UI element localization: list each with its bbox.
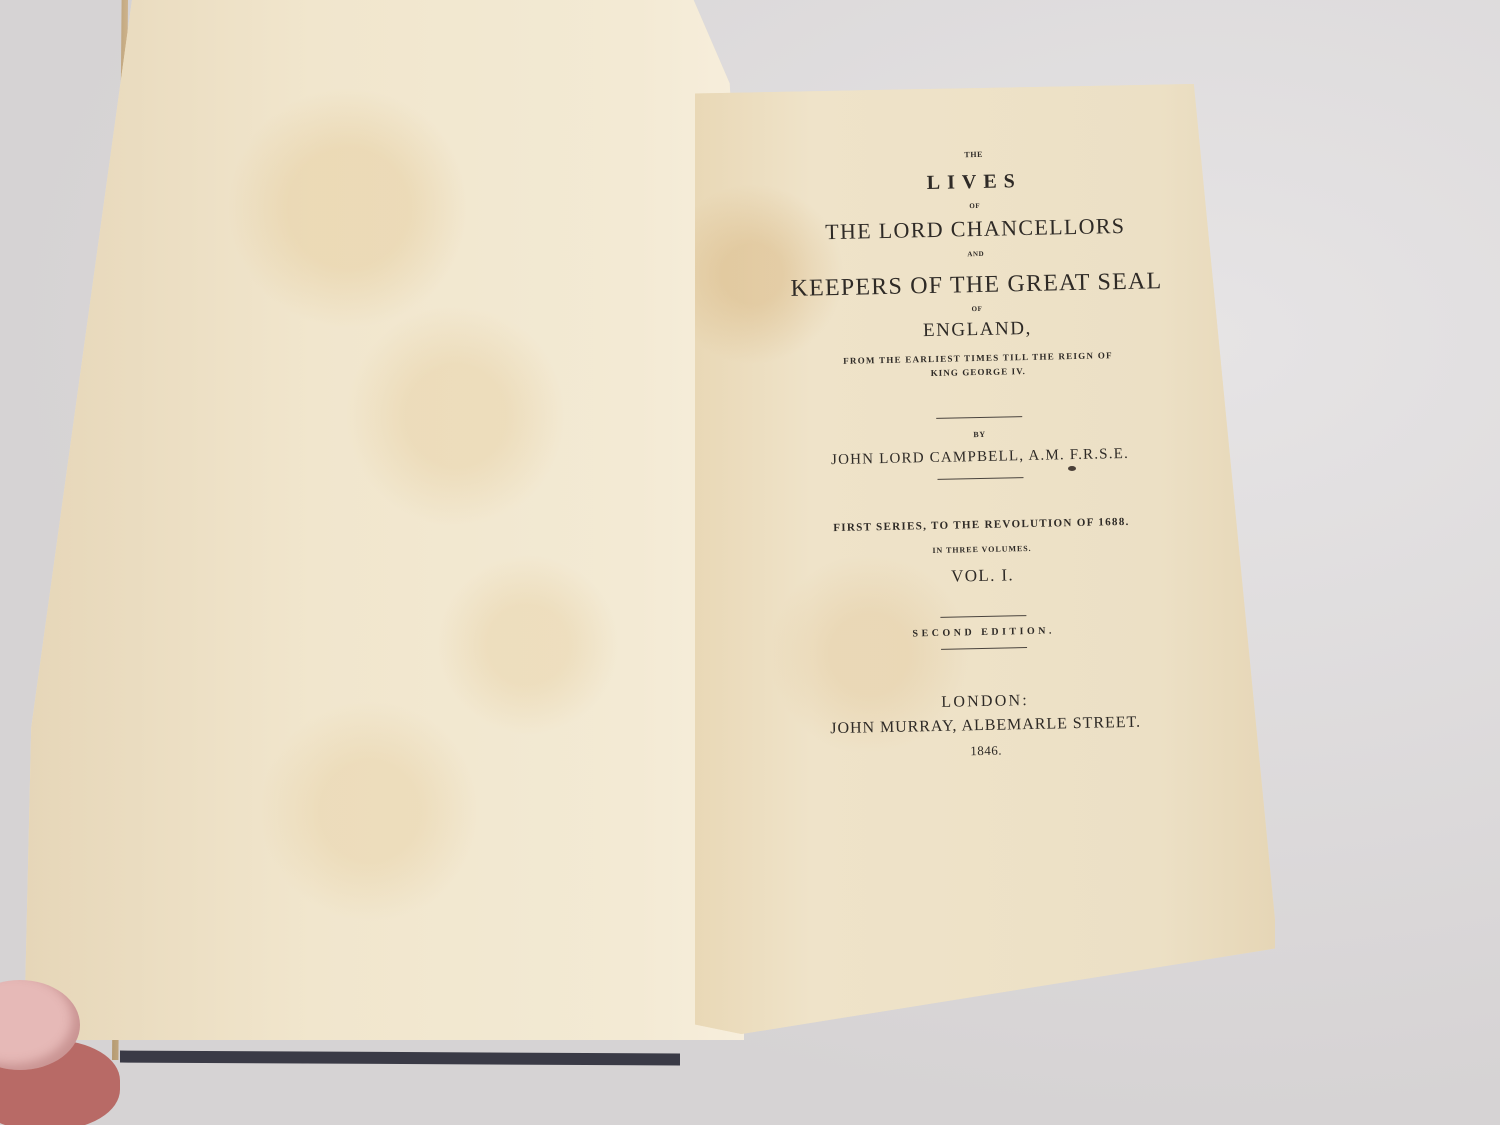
imprint-place: LONDON:: [765, 688, 1205, 715]
title-england: ENGLAND,: [757, 314, 1197, 345]
book-cover-bottom-edge: [120, 1051, 680, 1066]
author-name: JOHN LORD CAMPBELL, A.M. F.R.S.E.: [760, 444, 1200, 470]
divider-rule: [941, 647, 1027, 650]
series-line: FIRST SERIES, TO THE REVOLUTION OF 1688.: [761, 514, 1201, 535]
title-lord-chancellors: THE LORD CHANCELLORS: [755, 211, 1195, 246]
title-keepers: KEEPERS OF THE GREAT SEAL: [756, 267, 1196, 303]
volumes-line: IN THREE VOLUMES.: [762, 540, 1202, 558]
title-page-text: THE LIVES OF THE LORD CHANCELLORS AND KE…: [754, 145, 1207, 763]
blank-verso-page: [24, 0, 744, 1040]
title-lives: LIVES: [754, 166, 1194, 198]
divider-rule: [940, 615, 1026, 618]
divider-rule: [938, 477, 1024, 480]
imprint-publisher: JOHN MURRAY, ALBEMARLE STREET.: [766, 712, 1206, 739]
byline-by: BY: [760, 425, 1200, 443]
photo-scene: THE LIVES OF THE LORD CHANCELLORS AND KE…: [0, 0, 1500, 1125]
divider-rule: [936, 416, 1022, 419]
volume-number: VOL. I.: [762, 561, 1202, 590]
ink-spot: [1068, 466, 1076, 471]
edition-line: SECOND EDITION.: [764, 622, 1204, 642]
title-and: AND: [756, 245, 1196, 262]
